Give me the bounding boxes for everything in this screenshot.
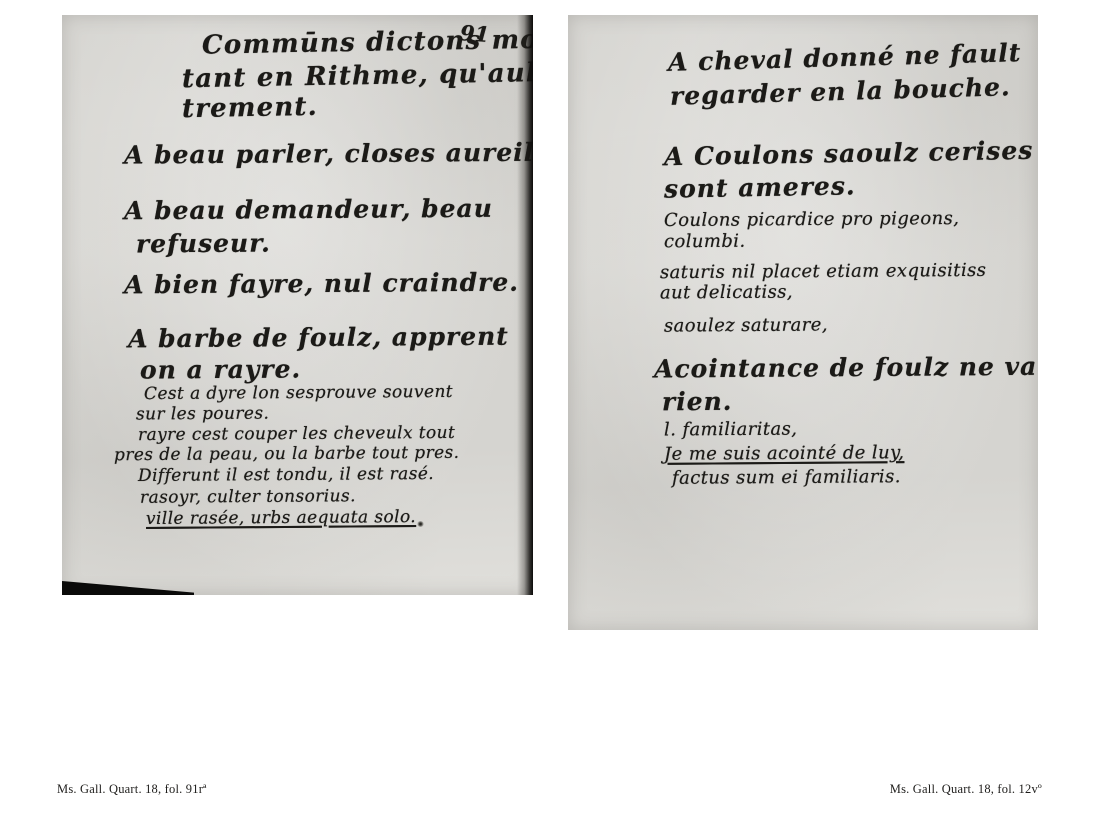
manuscript-line: A Coulons saoulz cerises (664, 136, 1034, 171)
manuscript-line: sont ameres. (664, 171, 856, 203)
manuscript-line: A barbe de foulz, apprent (128, 322, 509, 354)
manuscript-line: sur les poures. (136, 404, 269, 425)
manuscript-line: A cheval donné ne fault (668, 38, 1022, 77)
binding-gutter-shadow (517, 15, 533, 595)
manuscript-line: regarder en la bouche. (670, 72, 1011, 111)
manuscript-line: ville rasée, urbs aequata solo. (146, 507, 416, 529)
manuscript-line: A beau demandeur, beau (124, 194, 493, 226)
manuscript-line: on a rayre. (140, 354, 301, 384)
caption-left-folio: Ms. Gall. Quart. 18, fol. 91rª (57, 782, 207, 797)
manuscript-line: Commūns dictons moraulx (202, 23, 533, 60)
ink-blot (417, 521, 424, 527)
manuscript-line: Je me suis acointé de luy, (664, 442, 904, 465)
manuscript-line: tant en Rithme, qu'aul// (182, 58, 533, 95)
caption-right-folio: Ms. Gall. Quart. 18, fol. 12vº (890, 782, 1042, 797)
photo-corner-shadow (62, 575, 194, 595)
manuscript-line: refuseur. (136, 229, 271, 259)
manuscript-line: saoulez saturare, (664, 314, 828, 336)
manuscript-line: rayre cest couper les cheveulx tout (138, 423, 455, 445)
manuscript-line: saturis nil placet etiam exquisitiss (660, 260, 986, 283)
manuscript-line: rasoyr, culter tonsorius. (140, 486, 356, 508)
manuscript-line: factus sum ei familiaris. (672, 466, 901, 489)
manuscript-line: trement. (182, 92, 318, 124)
manuscript-photo-left: 91 Commūns dictons moraulx tant en Rithm… (62, 15, 533, 595)
manuscript-line: rien. (662, 387, 733, 416)
manuscript-line: Differunt il est tondu, il est rasé. (138, 464, 434, 486)
manuscript-line: pres de la peau, ou la barbe tout pres. (114, 443, 460, 465)
manuscript-line: A bien fayre, nul craindre. (124, 268, 519, 300)
manuscript-line: Cest a dyre lon sesprouve souvent (144, 382, 453, 404)
manuscript-photo-right: A cheval donné ne fault regarder en la b… (568, 15, 1038, 630)
manuscript-line: l. familiaritas, (664, 419, 798, 441)
manuscript-line: Coulons picardice pro pigeons, (664, 208, 959, 231)
manuscript-line: columbi. (664, 231, 746, 253)
manuscript-line: A beau parler, closes aureilles. (124, 137, 533, 169)
manuscript-line: Acointance de foulz ne vault (654, 352, 1038, 384)
manuscript-line: aut delicatiss, (660, 282, 793, 304)
figure-plate-canvas: 91 Commūns dictons moraulx tant en Rithm… (0, 0, 1100, 818)
